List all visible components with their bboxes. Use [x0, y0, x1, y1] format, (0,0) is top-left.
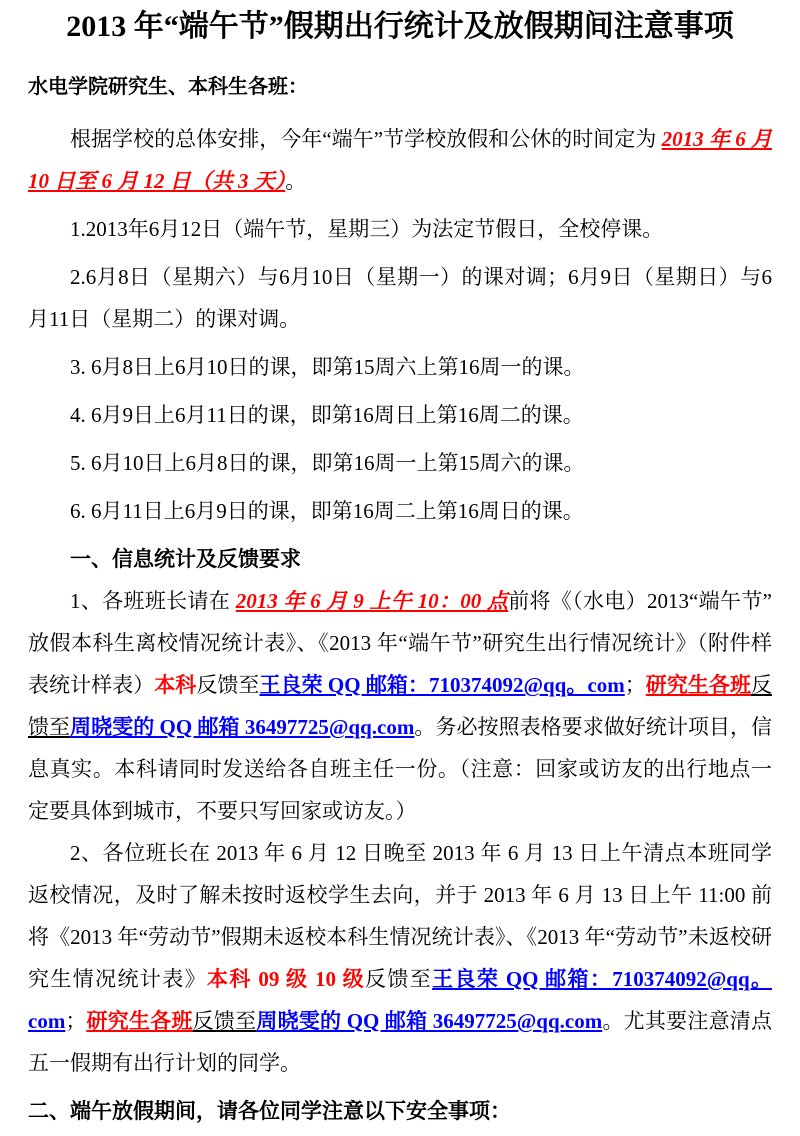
grad-classes-label-1: 研究生各班: [646, 673, 751, 697]
schedule-item-6: 6. 6月11日上6月9日的课，即第16周二上第16周日的课。: [28, 490, 772, 532]
feedback2-sendto-1: 反馈至: [365, 967, 432, 991]
feedback-paragraph-2: 2、各位班长在 2013 年 6 月 12 日晚至 2013 年 6 月 13 …: [28, 832, 772, 1084]
deadline-highlight: 2013 年 6 月 9 上午 10：00 点: [236, 589, 508, 613]
feedback1-sendto-1: 反馈至: [196, 673, 259, 697]
salutation: 水电学院研究生、本科生各班：: [28, 66, 772, 108]
schedule-item-4: 4. 6月9日上6月11日的课，即第16周日上第16周二的课。: [28, 394, 772, 436]
feedback-paragraph-1: 1、各班班长请在 2013 年 6 月 9 上午 10：00 点前将《（水电）2…: [28, 580, 772, 832]
section1-heading: 一、信息统计及反馈要求: [28, 538, 772, 580]
qq-contact-wang-2: 王良荣 QQ 邮箱：710374092@qq。: [432, 967, 772, 991]
feedback2-semicolon: ；: [65, 1009, 86, 1033]
feedback1-semicolon: ；: [625, 673, 646, 697]
feedback1-lead: 1、各班班长请在: [70, 589, 236, 613]
qq-contact-wang-2-wrap: com: [28, 1009, 65, 1033]
schedule-item-3: 3. 6月8日上6月10日的课，即第15周六上第16周一的课。: [28, 346, 772, 388]
intro-period: 。: [285, 169, 306, 193]
document-title: 2013 年“端午节”假期出行统计及放假期间注意事项: [28, 4, 772, 50]
intro-paragraph: 根据学校的总体安排，今年“端午”节学校放假和公休的时间定为 2013 年 6 月…: [28, 118, 772, 202]
schedule-item-1: 1.2013年6月12日（端午节，星期三）为法定节假日，全校停课。: [28, 208, 772, 250]
intro-lead-text: 根据学校的总体安排，今年“端午”节学校放假和公休的时间定为: [70, 127, 662, 151]
feedback2-sendto-2: 反馈至: [193, 1009, 257, 1033]
undergrad-label: 本科: [154, 673, 196, 697]
schedule-item-5: 5. 6月10日上6月8日的课，即第16周一上第15周六的课。: [28, 442, 772, 484]
qq-contact-wang-1: 王良荣 QQ 邮箱：710374092@qq。com: [259, 673, 624, 697]
schedule-item-2: 2.6月8日（星期六）与6月10日（星期一）的课对调；6月9日（星期日）与6月1…: [28, 256, 772, 340]
qq-contact-zhou-1: 周晓雯的 QQ 邮箱 36497725@qq.com: [70, 715, 414, 739]
grad-classes-label-2: 研究生各班: [86, 1009, 192, 1033]
notice-document: 2013 年“端午节”假期出行统计及放假期间注意事项 水电学院研究生、本科生各班…: [0, 0, 800, 1136]
qq-contact-zhou-2: 周晓雯的 QQ 邮箱 36497725@qq.com: [256, 1009, 602, 1033]
section2-heading: 二、端午放假期间，请各位同学注意以下安全事项：: [28, 1090, 772, 1132]
undergrad-grades-label: 本科 09 级 10 级: [207, 967, 365, 991]
